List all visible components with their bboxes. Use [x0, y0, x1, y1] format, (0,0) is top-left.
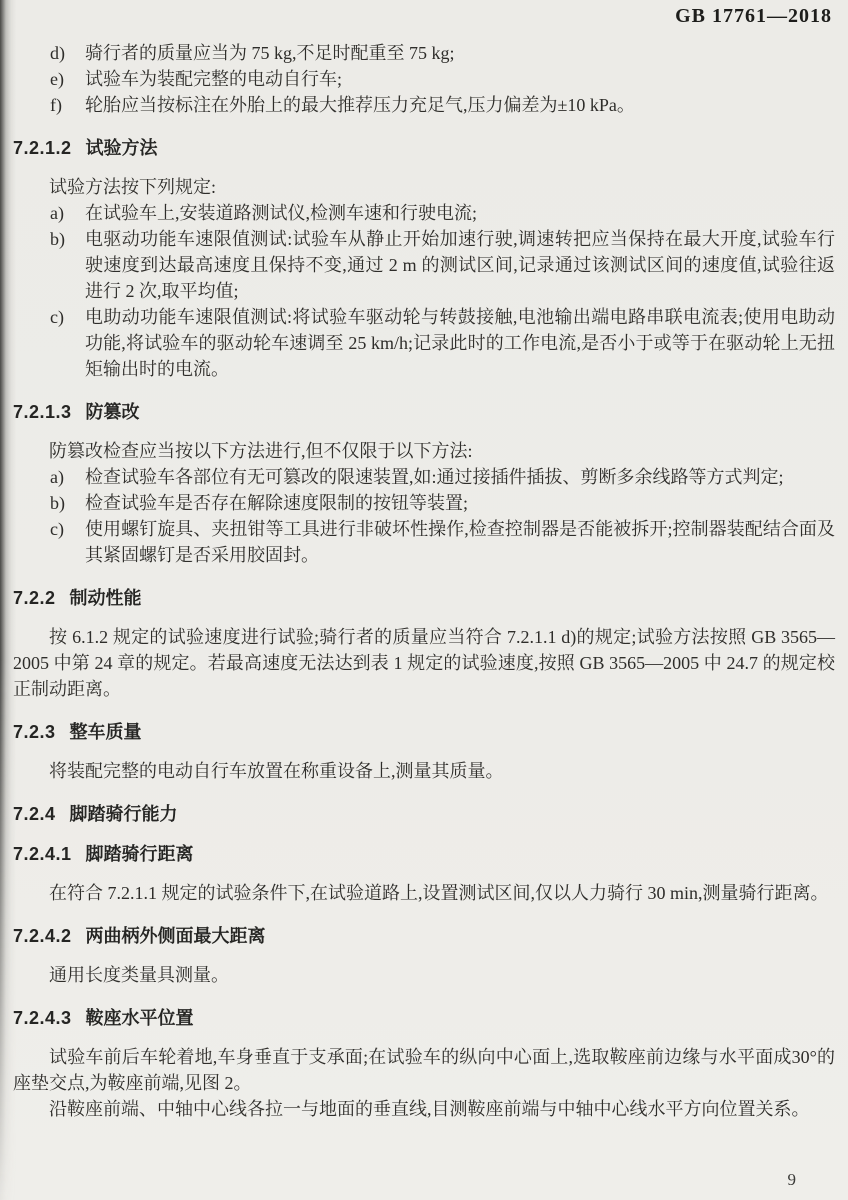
heading-title: 两曲柄外侧面最大距离	[86, 926, 266, 946]
list-item-text: 在试验车上,安装道路测试仪,检测车速和行驶电流;	[85, 200, 835, 226]
heading-number: 7.2.4.1	[13, 844, 72, 864]
section-heading: 7.2.3 整车质量	[13, 722, 835, 742]
section-heading: 7.2.4 脚踏骑行能力	[13, 804, 835, 824]
section-heading: 7.2.1.3 防篡改	[13, 402, 835, 422]
list-item: a) 检查试验车各部位有无可篡改的限速装置,如:通过接插件插拔、剪断多余线路等方…	[13, 464, 835, 490]
heading-title: 鞍座水平位置	[86, 1008, 194, 1028]
paragraph: 将装配完整的电动自行车放置在称重设备上,测量其质量。	[13, 758, 835, 784]
heading-title: 脚踏骑行能力	[70, 804, 178, 824]
paragraph: 防篡改检查应当按以下方法进行,但不仅限于以下方法:	[13, 438, 835, 464]
doc-content: d) 骑行者的质量应当为 75 kg,不足时配重至 75 kg; e) 试验车为…	[13, 40, 835, 1122]
list-item: b) 检查试验车是否存在解除速度限制的按钮等装置;	[13, 490, 835, 516]
section-heading: 7.2.4.2 两曲柄外侧面最大距离	[13, 926, 835, 946]
section-heading: 7.2.4.3 鞍座水平位置	[13, 1008, 835, 1028]
list-item-text: 试验车为装配完整的电动自行车;	[85, 66, 835, 92]
list-item: c) 电助动功能车速限值测试:将试验车驱动轮与转鼓接触,电池输出端电路串联电流表…	[13, 304, 835, 382]
list-item: b) 电驱动功能车速限值测试:试验车从静止开始加速行驶,调速转把应当保持在最大开…	[13, 226, 835, 304]
heading-number: 7.2.1.2	[13, 138, 72, 158]
list-item-label: d)	[50, 40, 85, 66]
heading-number: 7.2.3	[13, 722, 56, 742]
paragraph: 试验方法按下列规定:	[13, 174, 835, 200]
list-item-text: 检查试验车是否存在解除速度限制的按钮等装置;	[85, 490, 835, 516]
list-item-label: a)	[50, 200, 85, 226]
list-item-label: b)	[50, 226, 85, 304]
paragraph: 试验车前后车轮着地,车身垂直于支承面;在试验车的纵向中心面上,选取鞍座前边缘与水…	[13, 1044, 835, 1096]
list-item-text: 电驱动功能车速限值测试:试验车从静止开始加速行驶,调速转把应当保持在最大开度,试…	[85, 226, 835, 304]
list-item-label: a)	[50, 464, 85, 490]
list-item-text: 骑行者的质量应当为 75 kg,不足时配重至 75 kg;	[85, 40, 835, 66]
document-page: GB 17761—2018 d) 骑行者的质量应当为 75 kg,不足时配重至 …	[0, 0, 848, 1200]
paragraph: 按 6.1.2 规定的试验速度进行试验;骑行者的质量应当符合 7.2.1.1 d…	[13, 624, 835, 702]
heading-title: 脚踏骑行距离	[86, 844, 194, 864]
paragraph: 在符合 7.2.1.1 规定的试验条件下,在试验道路上,设置测试区间,仅以人力骑…	[13, 880, 835, 906]
heading-number: 7.2.1.3	[13, 402, 72, 422]
section-heading: 7.2.4.1 脚踏骑行距离	[13, 844, 835, 864]
section-heading: 7.2.1.2 试验方法	[13, 138, 835, 158]
list-item-label: b)	[50, 490, 85, 516]
heading-title: 制动性能	[70, 588, 142, 608]
doc-footer: 9	[788, 1170, 797, 1190]
section-heading: 7.2.2 制动性能	[13, 588, 835, 608]
heading-number: 7.2.4.3	[13, 1008, 72, 1028]
list-item: d) 骑行者的质量应当为 75 kg,不足时配重至 75 kg;	[13, 40, 835, 66]
list-item: f) 轮胎应当按标注在外胎上的最大推荐压力充足气,压力偏差为±10 kPa。	[13, 92, 835, 118]
list-item-label: c)	[50, 304, 85, 382]
heading-title: 试验方法	[86, 138, 158, 158]
list-item-text: 使用螺钉旋具、夹扭钳等工具进行非破坏性操作,检查控制器是否能被拆开;控制器装配结…	[85, 516, 835, 568]
list-item: e) 试验车为装配完整的电动自行车;	[13, 66, 835, 92]
list-item: a) 在试验车上,安装道路测试仪,检测车速和行驶电流;	[13, 200, 835, 226]
list-item-label: c)	[50, 516, 85, 568]
heading-title: 防篡改	[86, 402, 140, 422]
list-item: c) 使用螺钉旋具、夹扭钳等工具进行非破坏性操作,检查控制器是否能被拆开;控制器…	[13, 516, 835, 568]
heading-number: 7.2.4	[13, 804, 56, 824]
heading-title: 整车质量	[70, 722, 142, 742]
list-item-text: 电助动功能车速限值测试:将试验车驱动轮与转鼓接触,电池输出端电路串联电流表;使用…	[85, 304, 835, 382]
paragraph: 沿鞍座前端、中轴中心线各拉一与地面的垂直线,目测鞍座前端与中轴中心线水平方向位置…	[13, 1096, 835, 1122]
heading-number: 7.2.4.2	[13, 926, 72, 946]
heading-number: 7.2.2	[13, 588, 56, 608]
page-number: 9	[788, 1170, 797, 1189]
list-item-label: f)	[50, 92, 85, 118]
list-item-text: 轮胎应当按标注在外胎上的最大推荐压力充足气,压力偏差为±10 kPa。	[85, 92, 835, 118]
list-item-label: e)	[50, 66, 85, 92]
paragraph: 通用长度类量具测量。	[13, 962, 835, 988]
standard-number: GB 17761—2018	[675, 5, 832, 27]
doc-header: GB 17761—2018	[675, 5, 832, 28]
list-item-text: 检查试验车各部位有无可篡改的限速装置,如:通过接插件插拔、剪断多余线路等方式判定…	[85, 464, 835, 490]
